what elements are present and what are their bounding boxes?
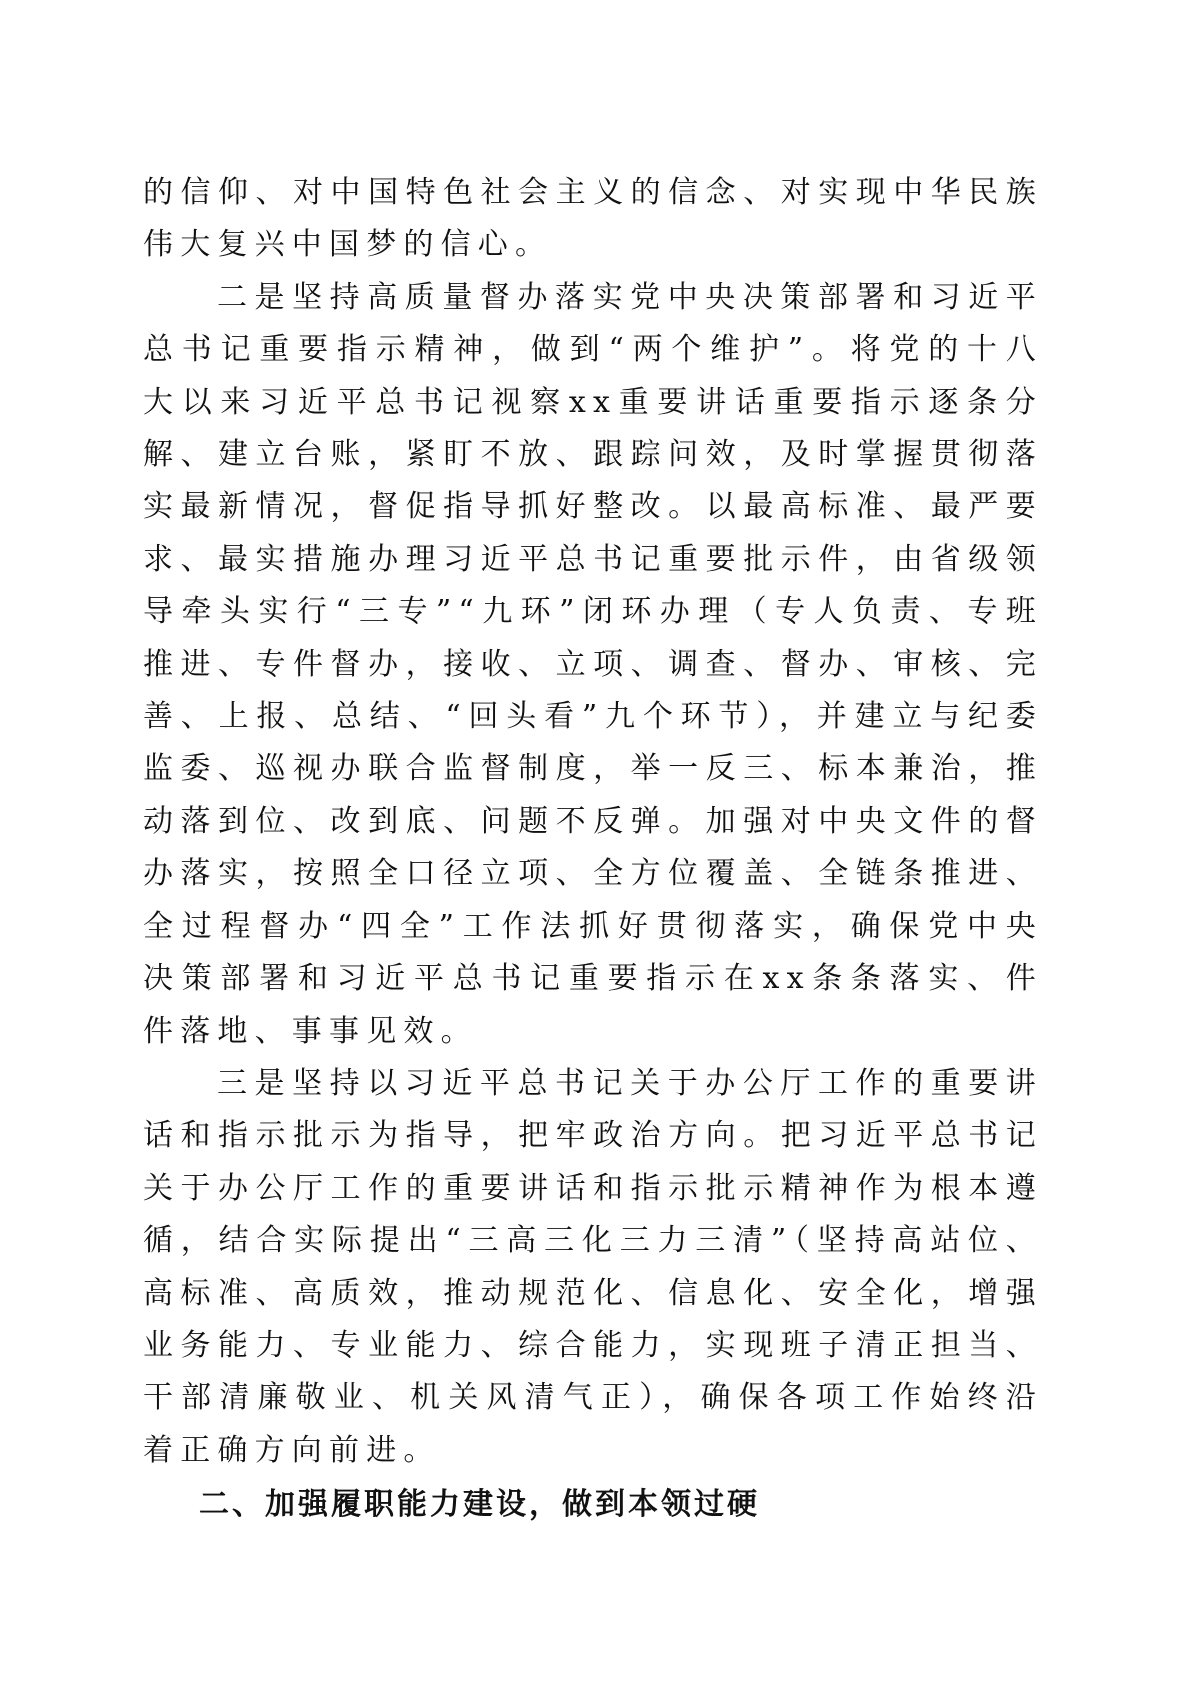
paragraph-point-two: 二是坚持高质量督办落实党中央决策部署和习近平总书记重要指示精神，做到“两个维护”… — [143, 272, 1043, 1058]
paragraph-point-three: 三是坚持以习近平总书记关于办公厅工作的重要讲话和指示批示为指导，把牢政治方向。把… — [143, 1058, 1043, 1477]
document-page: 的信仰、对中国特色社会主义的信念、对实现中华民族伟大复兴中国梦的信心。 二是坚持… — [143, 167, 1043, 1533]
section-heading: 二、加强履职能力建设，做到本领过硬 — [143, 1477, 1043, 1533]
paragraph-continuation: 的信仰、对中国特色社会主义的信念、对实现中华民族伟大复兴中国梦的信心。 — [143, 167, 1043, 272]
